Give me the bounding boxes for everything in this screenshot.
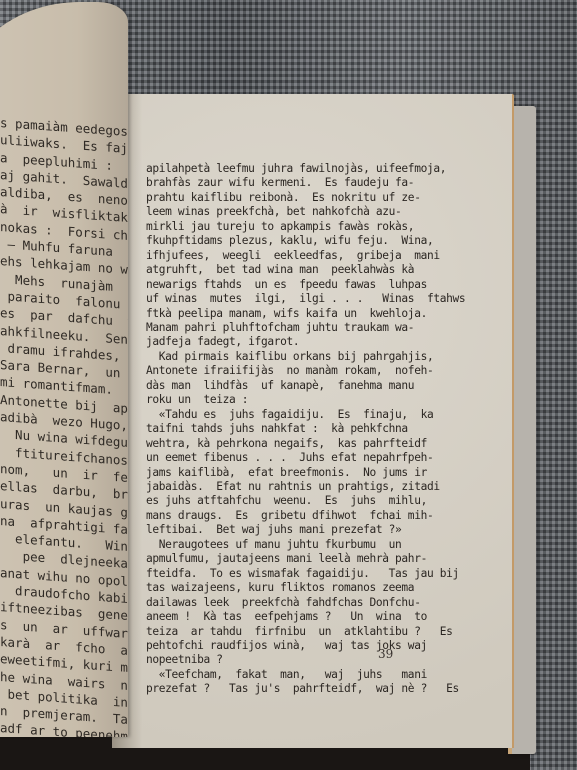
text-line: nopeetniba ? [146,653,506,667]
text-line: atgruhft, bet tad wina man peeklahwàs kà [146,263,506,277]
text-line: dàs man lihdfàs uf kanapè, fanehma manu [146,379,506,393]
text-line: ifhjufees, weegli eekleedfas, gribeja ma… [146,249,506,263]
text-line: dailawas leek preekfchà fahdfchas Donfch… [146,596,506,610]
text-line: leem winas preekfchà, bet nahkofchà azu- [146,205,506,219]
left-page-curled: s pamaiàm eedegos, kluliiwaks. Es fajutu… [0,2,128,737]
text-line: apmulfumu, jautajeens mani leelà mehrà p… [146,552,506,566]
photo-scene: apilahpetà leefmu juhra fawilnojàs, uife… [0,0,577,770]
text-line: jams kaiflibà, efat breefmonis. No jums … [146,466,506,480]
text-line: pehtofchi raudfijos winà, waj tas joks w… [146,639,506,653]
text-line: mans draugs. Es gribetu dfihwot fchai mi… [146,509,506,523]
text-line: Manam pahri pluhftofcham juhtu traukam w… [146,321,506,335]
page-number: 39 [378,647,393,661]
text-line: prahtu kaiflibu reibonà. Es nokritu uf z… [146,191,506,205]
text-line: «Teefcham, fakat man, waj juhs mani [146,668,506,682]
text-line: jabaidàs. Efat nu rahtnis un prahtigs, z… [146,480,506,494]
text-line: «Tahdu es juhs fagaidiju. Es finaju, ka [146,408,506,422]
text-line: teiza ar tahdu firfnibu un atklahtibu ? … [146,625,506,639]
text-line: fteidfa. To es wismafak fagaidiju. Tas j… [146,567,506,581]
text-line: Kad pirmais kaiflibu orkans bij pahrgahj… [146,350,506,364]
text-line: jadfeja fadegt, ifgarot. [146,335,506,349]
text-line: Antonete ifraiifijàs no manàm rokam, nof… [146,364,506,378]
text-line: Neraugotees uf manu juhtu fkurbumu un [146,538,506,552]
text-line: tas waizajeens, kuru fliktos romanos zee… [146,581,506,595]
text-line: roku un teiza : [146,393,506,407]
text-line: un eemet fibenus . . . Juhs efat nepahrf… [146,451,506,465]
text-line: apilahpetà leefmu juhra fawilnojàs, uife… [146,162,506,176]
text-line: aneem ! Kà tas eefpehjams ? Un wina to [146,610,506,624]
text-line: taifni tahds juhs nahkfat : kà pehkfchna [146,422,506,436]
text-line: brahfàs zaur wifu kermeni. Es faudeju fa… [146,176,506,190]
text-line: prezefat ? Tas ju's pahrfteidf, waj nè ?… [146,682,506,696]
text-line: uf winas mutes ilgi, ilgi . . . Winas ft… [146,292,506,306]
text-line: newarigs ftahds un es fpeedu fawas luhpa… [146,278,506,292]
text-line: ftkà peelipa manam, wifs kaifa un kwehlo… [146,307,506,321]
text-line: leftibai. Bet waj juhs mani prezefat ?» [146,523,506,537]
text-line: fkuhpftidams plezus, kaklu, wifu feju. W… [146,234,506,248]
text-line: es juhs atftahfchu weenu. Es juhs mihlu, [146,494,506,508]
text-line: mirkli jau tureju to apkampis fawàs rokà… [146,220,506,234]
right-page: apilahpetà leefmu juhra fawilnojàs, uife… [112,94,514,748]
right-page-text: apilahpetà leefmu juhra fawilnojàs, uife… [146,162,506,697]
text-line: wehtra, kà pehrkona negaifs, kas pahrfte… [146,437,506,451]
left-page-text-fragments: s pamaiàm eedegos, kluliiwaks. Es fajutu… [0,114,128,737]
